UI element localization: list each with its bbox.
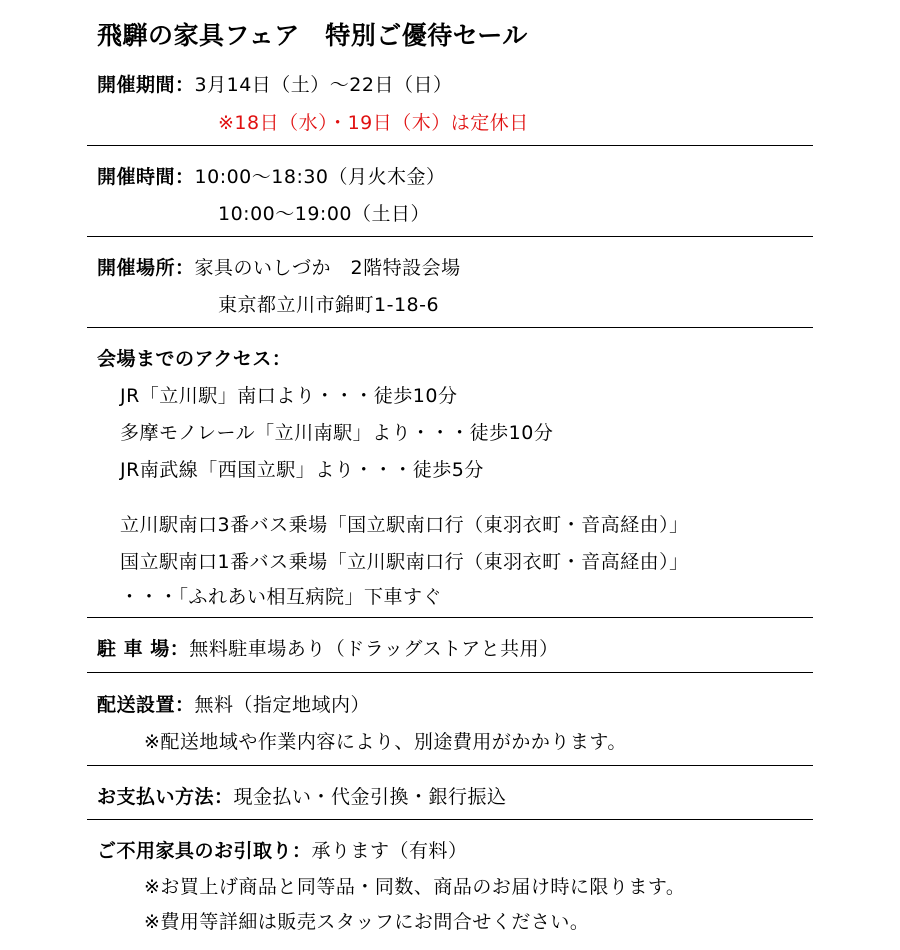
venue-row: 開催場所：家具のいしづか 2階特設会場 bbox=[97, 253, 461, 280]
access-bus-stop: ・・・「ふれあい相互病院」下車すぐ bbox=[120, 582, 442, 609]
parking-value: 無料駐車場あり（ドラッグストアと共用） bbox=[189, 638, 558, 660]
delivery-value: 無料（指定地域内） bbox=[195, 694, 371, 716]
pickup-note: ※費用等詳細は販売スタッフにお問合せください。 bbox=[144, 907, 589, 934]
divider bbox=[87, 236, 813, 237]
access-bus-item: 立川駅南口3番バス乗場「国立駅南口行（東羽衣町・音高経由）」 bbox=[120, 510, 689, 537]
access-train-item: JR「立川駅」南口より・・・徒歩10分 bbox=[120, 381, 457, 408]
period-label: 開催期間： bbox=[97, 74, 195, 96]
hours-label: 開催時間： bbox=[97, 166, 195, 188]
delivery-row: 配送設置：無料（指定地域内） bbox=[97, 690, 370, 717]
period-row: 開催期間：3月14日（土）～22日（日） bbox=[97, 70, 452, 97]
delivery-label: 配送設置： bbox=[97, 694, 195, 716]
delivery-note: ※配送地域や作業内容により、別途費用がかかります。 bbox=[144, 727, 627, 754]
payment-row: お支払い方法：現金払い・代金引換・銀行振込 bbox=[97, 782, 507, 809]
parking-row: 駐 車 場：無料駐車場あり（ドラッグストアと共用） bbox=[97, 634, 559, 661]
pickup-note: ※お買上げ商品と同等品・同数、商品のお届け時に限ります。 bbox=[144, 872, 685, 899]
divider bbox=[87, 145, 813, 146]
divider bbox=[87, 327, 813, 328]
parking-label: 駐 車 場： bbox=[97, 638, 189, 660]
divider bbox=[87, 819, 813, 820]
access-train-item: 多摩モノレール「立川南駅」より・・・徒歩10分 bbox=[120, 418, 553, 445]
hours-row: 開催時間：10:00～18:30（月火木金） bbox=[97, 162, 446, 189]
access-bus-item: 国立駅南口1番バス乗場「立川駅南口行（東羽衣町・音高経由）」 bbox=[120, 547, 689, 574]
hours-weekday: 10:00～18:30（月火木金） bbox=[195, 166, 446, 188]
closed-days-note: ※18日（水）・19日（木）は定休日 bbox=[218, 108, 529, 135]
access-label: 会場までのアクセス： bbox=[97, 344, 291, 371]
page-title: 飛騨の家具フェア 特別ご優待セール bbox=[97, 16, 528, 52]
venue-label: 開催場所： bbox=[97, 257, 195, 279]
pickup-label: ご不用家具のお引取り： bbox=[97, 840, 312, 862]
payment-value: 現金払い・代金引換・銀行振込 bbox=[234, 786, 507, 808]
divider bbox=[87, 765, 813, 766]
access-train-item: JR南武線「西国立駅」より・・・徒歩5分 bbox=[120, 455, 484, 482]
venue-address: 東京都立川市錦町1-18-6 bbox=[218, 290, 439, 317]
pickup-row: ご不用家具のお引取り：承ります（有料） bbox=[97, 836, 468, 863]
divider bbox=[87, 672, 813, 673]
payment-label: お支払い方法： bbox=[97, 786, 234, 808]
divider bbox=[87, 617, 813, 618]
venue-name: 家具のいしづか 2階特設会場 bbox=[195, 257, 461, 279]
pickup-value: 承ります（有料） bbox=[312, 840, 468, 862]
hours-weekend: 10:00～19:00（土日） bbox=[218, 199, 430, 226]
period-value: 3月14日（土）～22日（日） bbox=[195, 74, 453, 96]
